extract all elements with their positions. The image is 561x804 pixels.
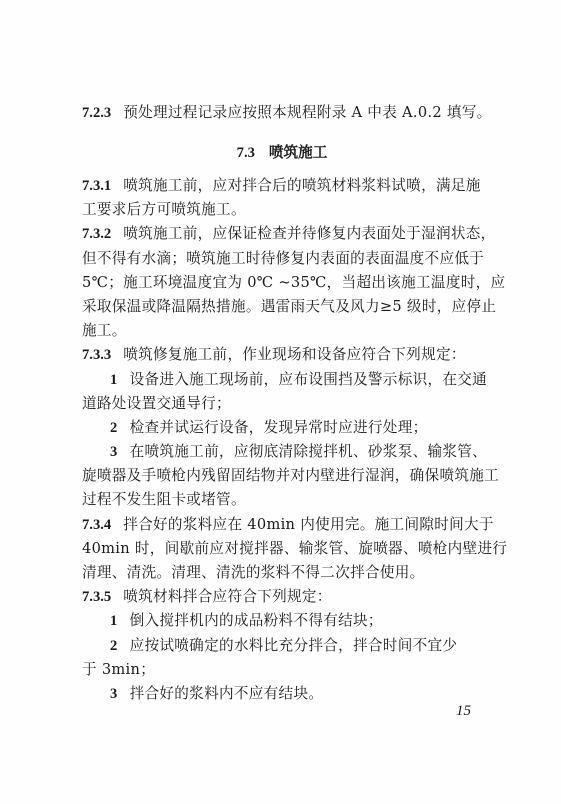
clause-7-2-3: 7.2.3预处理过程记录应按照本规程附录 A 中表 A.0.2 填写。 bbox=[82, 101, 492, 125]
clause-number: 7.3.5 bbox=[82, 589, 111, 605]
clause-number: 7.3.1 bbox=[82, 178, 111, 194]
line-text: 40min 时，间歇前应对搅拌器、输浆管、旋喷器、喷枪内壁进行 bbox=[82, 540, 507, 557]
clause-number: 7.3.2 bbox=[82, 226, 111, 242]
clause-text: 预处理过程记录应按照本规程附录 A 中表 A.0.2 填写。 bbox=[123, 104, 491, 121]
clause-7-3-4-line: 7.3.4拌合好的浆料应在 40min 内使用完。施工间隙时间大于 bbox=[82, 513, 482, 537]
section-body: 7.3.1喷筑施工前，应对拌合后的喷筑材料浆料试喷，满足施 工要求后方可喷筑施工… bbox=[82, 174, 482, 706]
line-text: 但不得有水滴；喷筑施工时待修复内表面的表面温度不应低于 bbox=[82, 250, 484, 267]
text-line: 于 3min； bbox=[82, 658, 482, 682]
line-text: 检查并试运行设备，发现异常时应进行处理； bbox=[130, 419, 428, 436]
section-title: 喷筑施工 bbox=[269, 144, 327, 161]
text-line: 过程不发生阻卡或堵管。 bbox=[82, 488, 482, 512]
page-number: 15 bbox=[456, 703, 471, 720]
list-item-line: 1设备进入施工现场前，应布设围挡及警示标识，在交通 bbox=[82, 368, 482, 392]
line-text: 在喷筑施工前，应彻底清除搅拌机、砂浆泵、输浆管、 bbox=[130, 443, 487, 460]
item-number: 3 bbox=[110, 686, 118, 702]
clause-7-3-1-line: 7.3.1喷筑施工前，应对拌合后的喷筑材料浆料试喷，满足施 bbox=[82, 174, 482, 198]
clause-number: 7.3.4 bbox=[82, 517, 111, 533]
document-page: 7.2.3预处理过程记录应按照本规程附录 A 中表 A.0.2 填写。 7.3喷… bbox=[0, 0, 561, 804]
clause-number: 7.3.3 bbox=[82, 347, 111, 363]
text-line: 采取保温或降温隔热措施。遇雷雨天气及风力≥5 级时，应停止 bbox=[82, 295, 482, 319]
line-text: 喷筑材料拌合应符合下列规定： bbox=[123, 588, 332, 605]
text-line: 5℃；施工环境温度宜为 0℃ ~35℃，当超出该施工温度时，应 bbox=[82, 271, 482, 295]
clause-7-3-3-line: 7.3.3喷筑修复施工前，作业现场和设备应符合下列规定： bbox=[82, 343, 482, 367]
section-heading: 7.3喷筑施工 bbox=[82, 141, 482, 165]
list-item-line: 2检查并试运行设备，发现异常时应进行处理； bbox=[82, 416, 482, 440]
line-text: 倒入搅拌机内的成品粉料不得有结块； bbox=[130, 612, 383, 629]
item-number: 1 bbox=[110, 372, 118, 388]
item-number: 1 bbox=[110, 613, 118, 629]
clause-number: 7.2.3 bbox=[82, 105, 111, 121]
line-text: 过程不发生阻卡或堵管。 bbox=[82, 491, 246, 508]
line-text: 喷筑施工前，应对拌合后的喷筑材料浆料试喷，满足施 bbox=[123, 177, 480, 194]
line-text: 拌合好的浆料应在 40min 内使用完。施工间隙时间大于 bbox=[123, 516, 494, 533]
line-text: 喷筑修复施工前，作业现场和设备应符合下列规定： bbox=[123, 346, 466, 363]
text-line: 工要求后方可喷筑施工。 bbox=[82, 198, 482, 222]
item-number: 2 bbox=[110, 638, 118, 654]
line-text: 工要求后方可喷筑施工。 bbox=[82, 201, 246, 218]
list-item-line: 2应按试喷确定的水料比充分拌合，拌合时间不宜少 bbox=[82, 634, 482, 658]
list-item-line: 1倒入搅拌机内的成品粉料不得有结块； bbox=[82, 609, 482, 633]
text-line: 施工。 bbox=[82, 319, 482, 343]
line-text: 于 3min； bbox=[82, 661, 155, 678]
text-line: 清理、清洗。清理、清洗的浆料不得二次拌合使用。 bbox=[82, 561, 482, 585]
line-text: 旋喷器及手喷枪内残留固结物并对内壁进行湿润，确保喷筑施工 bbox=[82, 467, 499, 484]
line-text: 5℃；施工环境温度宜为 0℃ ~35℃，当超出该施工温度时，应 bbox=[82, 274, 505, 291]
line-text: 道路处设置交通导行； bbox=[82, 395, 231, 412]
item-number: 3 bbox=[110, 444, 118, 460]
list-item-line: 3在喷筑施工前，应彻底清除搅拌机、砂浆泵、输浆管、 bbox=[82, 440, 482, 464]
line-text: 喷筑施工前，应保证检查并待修复内表面处于湿润状态， bbox=[123, 225, 495, 242]
line-text: 设备进入施工现场前，应布设围挡及警示标识，在交通 bbox=[130, 371, 487, 388]
line-text: 应按试喷确定的水料比充分拌合，拌合时间不宜少 bbox=[130, 637, 458, 654]
section-number: 7.3 bbox=[237, 145, 255, 161]
text-line: 但不得有水滴；喷筑施工时待修复内表面的表面温度不应低于 bbox=[82, 247, 482, 271]
line-text: 采取保温或降温隔热措施。遇雷雨天气及风力≥5 级时，应停止 bbox=[82, 298, 496, 315]
item-number: 2 bbox=[110, 420, 118, 436]
text-line: 40min 时，间歇前应对搅拌器、输浆管、旋喷器、喷枪内壁进行 bbox=[82, 537, 482, 561]
list-item-line: 3拌合好的浆料内不应有结块。 bbox=[82, 682, 482, 706]
text-line: 道路处设置交通导行； bbox=[82, 392, 482, 416]
line-text: 清理、清洗。清理、清洗的浆料不得二次拌合使用。 bbox=[82, 564, 425, 581]
line-text: 拌合好的浆料内不应有结块。 bbox=[130, 685, 324, 702]
line-text: 施工。 bbox=[82, 322, 127, 339]
text-line: 旋喷器及手喷枪内残留固结物并对内壁进行湿润，确保喷筑施工 bbox=[82, 464, 482, 488]
clause-7-3-2-line: 7.3.2喷筑施工前，应保证检查并待修复内表面处于湿润状态， bbox=[82, 222, 482, 246]
clause-7-3-5-line: 7.3.5喷筑材料拌合应符合下列规定： bbox=[82, 585, 482, 609]
